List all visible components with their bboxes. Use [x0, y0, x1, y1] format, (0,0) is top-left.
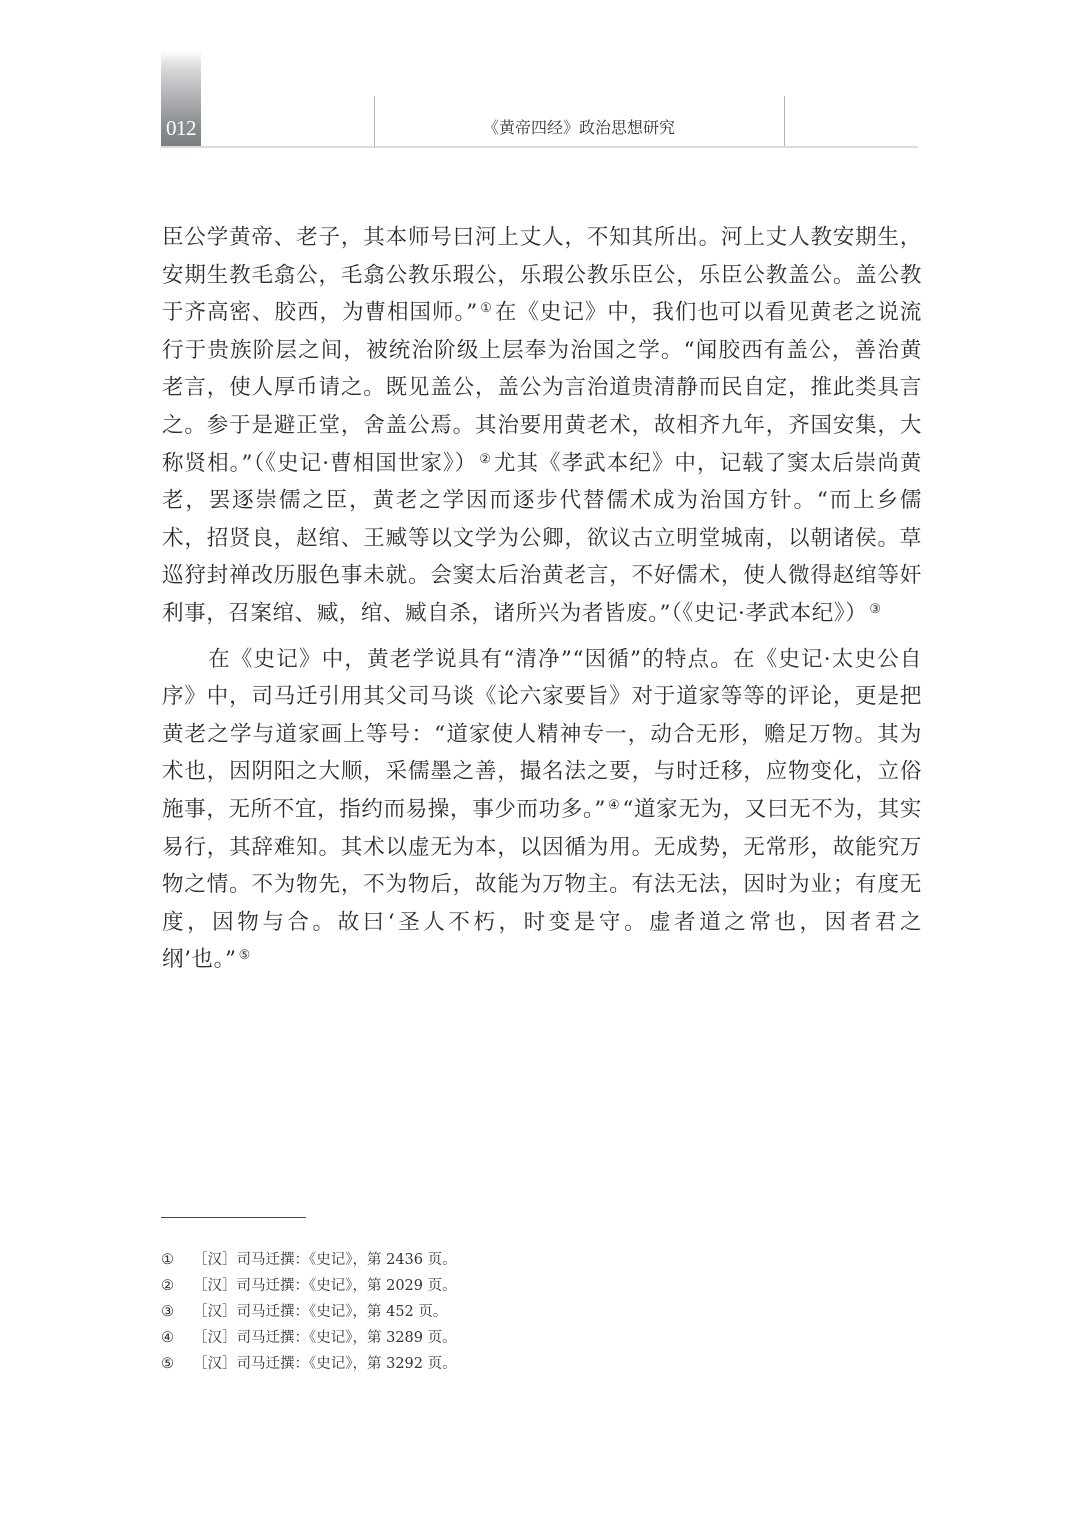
- footnote-number: ①: [161, 1247, 193, 1273]
- footnote-item: ② ［汉］司马迁撰：《史记》，第 2029 页。: [161, 1273, 661, 1299]
- header-rule: [161, 146, 918, 148]
- footnote-text: ［汉］司马迁撰：《史记》，第 2029 页。: [193, 1273, 457, 1299]
- footnote-text: ［汉］司马迁撰：《史记》，第 452 页。: [193, 1299, 447, 1325]
- footnote-ref-4[interactable]: ④: [606, 798, 622, 813]
- text-segment: “道家无为，又曰无不为，其实易行，其辞难知。其术以虚无为本，以因循为用。无成势，…: [162, 797, 922, 972]
- footnote-item: ⑤ ［汉］司马迁撰：《史记》，第 3292 页。: [161, 1351, 661, 1377]
- text-segment: 尤其《孝武本纪》中，记载了窦太后崇尚黄老，罢逐崇儒之臣，黄老之学因而逐步代替儒术…: [162, 451, 922, 626]
- footnote-text: ［汉］司马迁撰：《史记》，第 3292 页。: [193, 1351, 457, 1377]
- text-segment: 在《史记》中，黄老学说具有“清净”“因循”的特点。在《史记·太史公自序》中，司马…: [162, 647, 922, 822]
- footnote-number: ④: [161, 1325, 193, 1351]
- footnote-item: ③ ［汉］司马迁撰：《史记》，第 452 页。: [161, 1299, 661, 1325]
- text-segment: 在《史记》中，我们也可以看见黄老之说流行于贵族阶层之间，被统治阶级上层奉为治国之…: [162, 300, 922, 475]
- footnote-number: ③: [161, 1299, 193, 1325]
- footnote-separator: [161, 1217, 306, 1218]
- footnote-ref-2[interactable]: ②: [477, 452, 494, 467]
- footnote-text: ［汉］司马迁撰：《史记》，第 3289 页。: [193, 1325, 457, 1351]
- footnote-number: ⑤: [161, 1351, 193, 1377]
- paragraph-1: 臣公学黄帝、老子，其本师号曰河上丈人，不知其所出。河上丈人教安期生，安期生教毛翕…: [162, 219, 922, 633]
- header-divider-right: [784, 96, 785, 147]
- running-title: 《黄帝四经》政治思想研究: [374, 117, 784, 139]
- footnote-item: ① ［汉］司马迁撰：《史记》，第 2436 页。: [161, 1247, 661, 1273]
- footnotes: ① ［汉］司马迁撰：《史记》，第 2436 页。 ② ［汉］司马迁撰：《史记》，…: [161, 1247, 661, 1377]
- footnote-text: ［汉］司马迁撰：《史记》，第 2436 页。: [193, 1247, 457, 1273]
- footnote-ref-1[interactable]: ①: [478, 301, 495, 316]
- body-text: 臣公学黄帝、老子，其本师号曰河上丈人，不知其所出。河上丈人教安期生，安期生教毛翕…: [162, 219, 922, 979]
- footnote-number: ②: [161, 1273, 193, 1299]
- paragraph-2: 在《史记》中，黄老学说具有“清净”“因循”的特点。在《史记·太史公自序》中，司马…: [162, 641, 922, 979]
- footnote-item: ④ ［汉］司马迁撰：《史记》，第 3289 页。: [161, 1325, 661, 1351]
- footnote-ref-5[interactable]: ⑤: [237, 948, 253, 963]
- page-number: 012: [161, 116, 201, 140]
- footnote-ref-3[interactable]: ③: [867, 602, 883, 617]
